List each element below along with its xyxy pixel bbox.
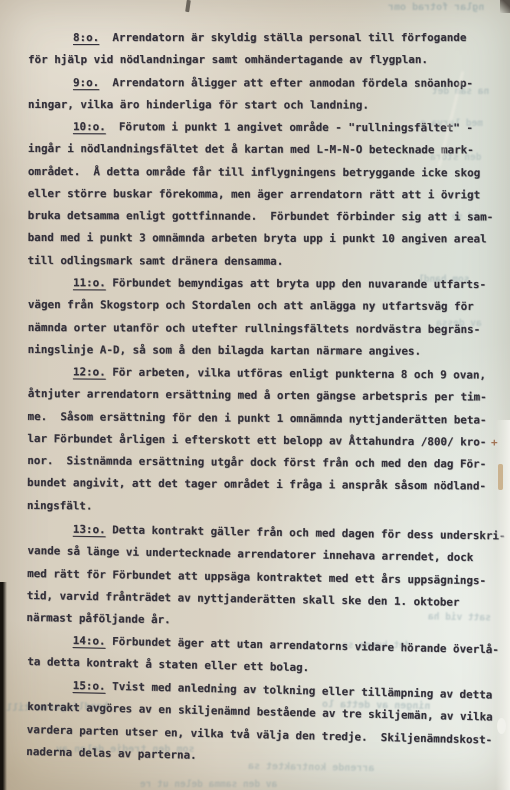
paragraph-11o: 11:o. Förbundet bemyndigas att bryta upp…: [28, 272, 498, 363]
paragraph-12o: 12:o. För arbeten, vilka utföras enligt …: [27, 361, 498, 521]
line-text: Tvist med anledning av tolkning eller ti…: [112, 680, 492, 702]
paragraph-15o: 15:o. Tvist med anledning av tolkning el…: [26, 674, 498, 774]
text-line: bundet angivit, att det tager området i …: [27, 473, 497, 499]
typewritten-text: 8:o. Arrendatorn är skyldig ställa perso…: [28, 27, 498, 763]
paragraph-number: 14:o.: [73, 634, 106, 648]
text-line: ingår i nödlandningsfältet det å kartan …: [28, 138, 498, 162]
scanned-document-page: nglar fotrad omrna sam detmed larva oden…: [0, 0, 510, 790]
paragraph-number: 13:o.: [73, 522, 106, 536]
bleedthrough-text: nglar fotrad omr: [388, 2, 484, 13]
text-line: 10:o. Förutom i punkt 1 angivet område -…: [28, 116, 498, 140]
paragraph-8o: 8:o. Arrendatorn är skyldig ställa perso…: [28, 27, 498, 72]
paragraph-9o: 9:o. Arrendatorn åligger att efter anmod…: [28, 72, 498, 117]
text-line: 8:o. Arrendatorn är skyldig ställa perso…: [28, 27, 498, 49]
line-text: Förbundet bemyndigas att bryta upp den n…: [112, 277, 486, 292]
top-edge-mark: [185, 0, 191, 12]
text-line: 9:o. Arrendatorn åligger att efter anmod…: [28, 72, 498, 95]
bleedthrough-text: av den samma delen ut re: [140, 779, 277, 790]
paragraph-10o: 10:o. Förutom i punkt 1 angivet område -…: [28, 116, 498, 274]
text-line: till odlingsmark samt dränera densamma.: [28, 250, 498, 274]
paragraph-number: 12:o.: [73, 366, 106, 379]
margin-plus-mark: +: [491, 436, 498, 449]
line-text: Förutom i punkt 1 angivet område - "rull…: [119, 120, 473, 134]
text-line: band med i punkt 3 omnämnda arbeten bryt…: [28, 228, 498, 252]
number-gap: [99, 76, 112, 89]
text-line: bruka detsamma enligt gottfinnande. Förb…: [28, 205, 498, 229]
text-line: för hjälp vid nödlandningar samt omhände…: [28, 49, 498, 71]
margin-stain: [498, 464, 503, 490]
line-text: Detta kontrakt gäller från och med dagen…: [112, 523, 506, 542]
text-line: eller större buskar förekomma, men äger …: [28, 183, 498, 207]
text-line: 11:o. Förbundet bemyndigas att bryta upp…: [28, 272, 498, 296]
line-text: Arrendatorn är skyldig ställa personal t…: [112, 31, 466, 44]
paragraph-number: 8:o.: [73, 31, 99, 44]
text-line: ningar, vilka äro hinderliga för start o…: [28, 94, 498, 117]
paper-flaw: [497, 718, 506, 734]
paragraph-number: 10:o.: [73, 120, 106, 133]
paragraph-number: 9:o.: [73, 76, 99, 89]
corner-shadow: [500, 0, 510, 13]
number-gap: [99, 31, 112, 44]
text-line: ningslinje A-D, så som å den bilagda kar…: [28, 339, 498, 363]
text-line: ningsfält.: [27, 495, 497, 521]
paragraph-number: 15:o.: [73, 679, 106, 693]
page-edge-shadow: [0, 582, 7, 790]
text-line: området. Å detta område får till inflygn…: [28, 161, 498, 185]
line-text: Förbundet äger att utan arrendatorns vid…: [112, 635, 499, 656]
line-text: För arbeten, vilka utföras enligt punkte…: [112, 366, 486, 382]
paragraph-number: 11:o.: [73, 276, 106, 289]
text-line: vägen från Skogstorp och Stordalen och a…: [28, 295, 498, 319]
text-line: nämnda orter utanför och utefter rullnin…: [28, 317, 498, 341]
number-gap: [106, 120, 119, 133]
paragraph-13o: 13:o. Detta kontrakt gäller från och med…: [26, 518, 498, 637]
line-text: Arrendatorn åligger att efter anmodan fö…: [112, 76, 473, 90]
